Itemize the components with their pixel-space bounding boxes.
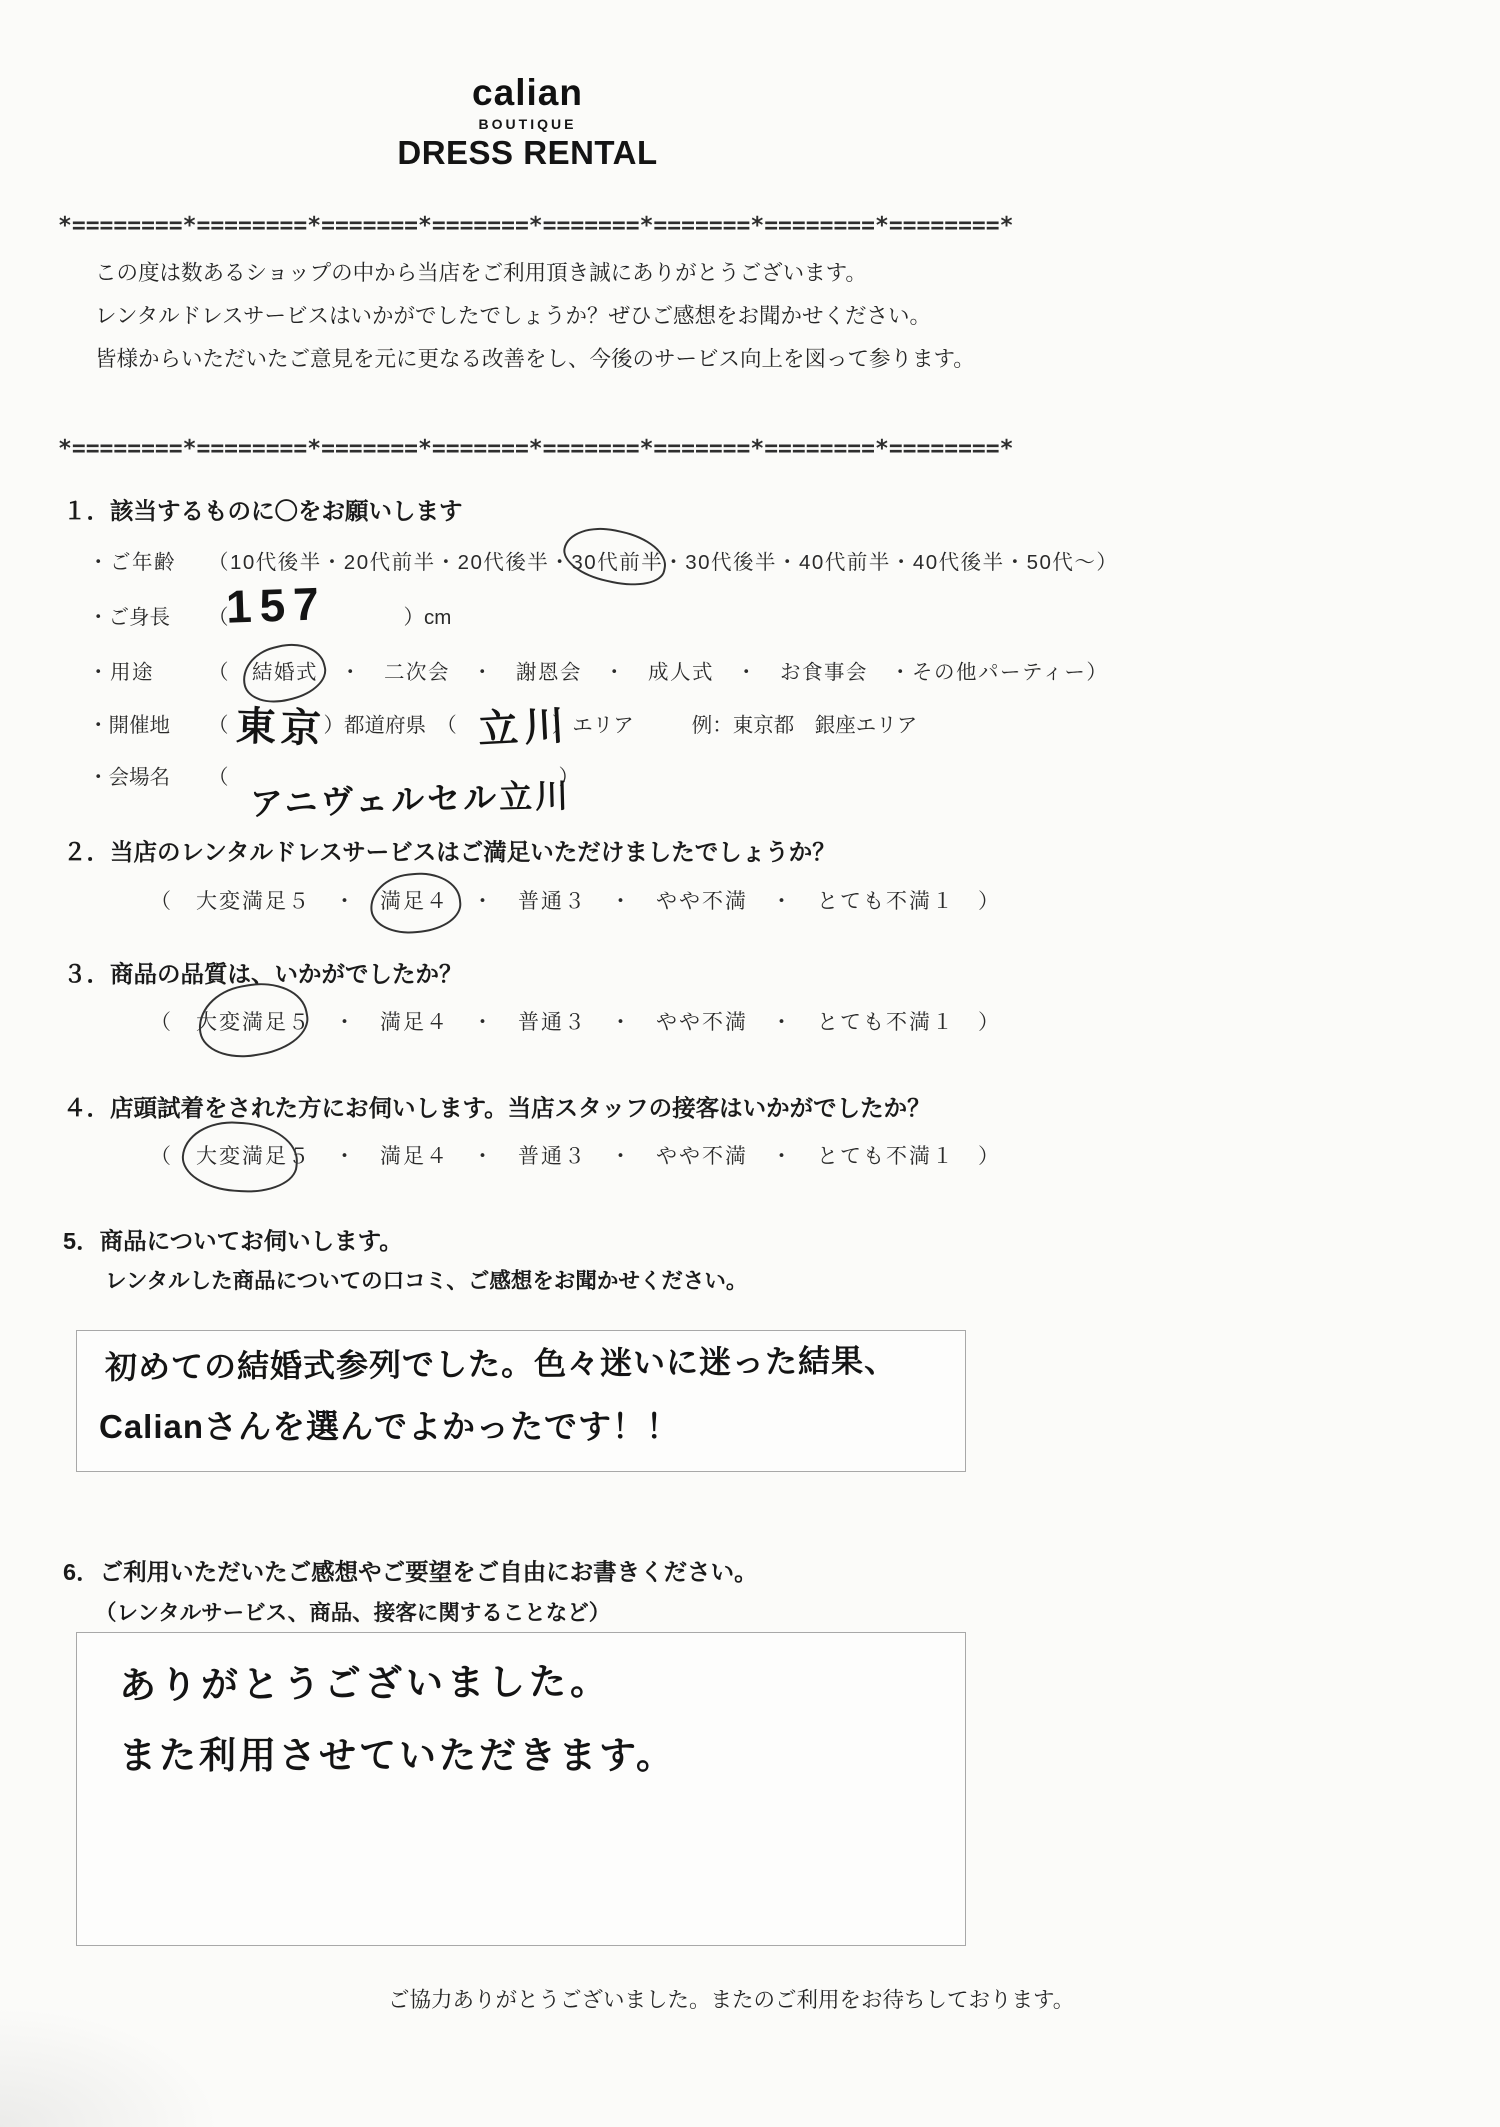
q1-place-paren-close-1: ）都道府県 — [324, 714, 427, 737]
handwritten-q6-comment-line-1: ありがとうございました。 — [119, 1651, 611, 1709]
q1-place-paren-open-1: （ — [208, 714, 229, 737]
q2-options-post: ・ 普通３ ・ やや不満 ・ とても不満１ ） — [449, 890, 1001, 913]
q2-title: ２．当店のレンタルドレスサービスはご満足いただけましたでしょうか？ — [63, 833, 836, 867]
q1-age-options-post: ・30代後半・40代前半・40代後半・50代～） — [663, 551, 1118, 574]
q3-circled-answer: 大変満足 — [196, 1006, 288, 1036]
q4-title: ４．店頭試着をされた方にお伺いします。当店スタッフの接客はいかがでしたか？ — [63, 1089, 931, 1123]
divider-top: *========*========*=======*=======*=====… — [58, 213, 1013, 239]
q1-usage-row: ・用途（ 結婚式 ・ 二次会 ・ 謝恩会 ・ 成人式 ・ お食事会 ・その他パー… — [88, 655, 1108, 685]
handwritten-q5-comment-line-2: Calianさんを選んでよかったです！！ — [99, 1401, 680, 1448]
q1-venue-label: ・会場名 — [88, 760, 208, 790]
q5-comment-box: 初めての結婚式参列でした。色々迷いに迷った結果、 Calianさんを選んでよかっ… — [76, 1330, 966, 1472]
q4-options-row: （ 大変満足５ ・ 満足４ ・ 普通３ ・ やや不満 ・ とても不満１ ） — [150, 1140, 1001, 1170]
q1-place-label: ・開催地 — [88, 708, 208, 738]
q3-options-row: （ 大変満足５ ・ 満足４ ・ 普通３ ・ やや不満 ・ とても不満１ ） — [150, 1006, 1001, 1036]
brand-boutique-label: BOUTIQUE — [0, 116, 1055, 132]
q1-venue-row: ・会場名（） アニヴェルセル立川 — [88, 760, 579, 790]
brand-header: calian BOUTIQUE DRESS RENTAL — [0, 72, 1055, 172]
q5-subtitle: レンタルした商品についての口コミ、ご感想をお聞かせください。 — [105, 1264, 747, 1295]
intro-line-2: レンタルドレスサービスはいかがでしたでしょうか？ぜひご感想をお聞かせください。 — [95, 295, 975, 338]
handwritten-q5-comment-line-1: 初めての結婚式参列でした。色々迷いに迷った結果、 — [105, 1336, 897, 1389]
q1-title: １．該当するものに〇をお願いします — [63, 492, 463, 526]
q1-usage-circled-text: 結婚式 — [252, 661, 318, 684]
q2-options-pre: （ 大変満足５ ・ — [150, 890, 380, 913]
q1-usage-options-post: ・ 二次会 ・ 謝恩会 ・ 成人式 ・ お食事会 ・その他パーティー） — [318, 661, 1108, 684]
footer-thanks: ご協力ありがとうございました。またのご利用をお待ちしております。 — [388, 1983, 1074, 2014]
q4-circled-text: 大変満足 — [196, 1145, 288, 1168]
q1-usage-label: ・用途 — [88, 655, 208, 685]
q3-circled-text: 大変満足 — [196, 1011, 288, 1034]
q6-title: 6．ご利用いただいたご感想やご要望をご自由にお書きください。 — [63, 1553, 758, 1587]
q3-options-post: ５ ・ 満足４ ・ 普通３ ・ やや不満 ・ とても不満１ ） — [288, 1011, 1001, 1034]
intro-line-1: この度は数あるショップの中から当店をご利用頂き誠にありがとうございます。 — [95, 252, 975, 295]
q6-comment-box: ありがとうございました。 また利用させていただきます。 — [76, 1632, 966, 1946]
q6-subtitle: （レンタルサービス、商品、接客に関することなど） — [95, 1596, 610, 1627]
q3-options-pre: （ — [150, 1011, 196, 1034]
handwritten-height-value: 157 — [225, 576, 328, 633]
brand-logo: calian — [0, 72, 1055, 115]
q1-height-unit: cm — [424, 606, 451, 629]
handwritten-venue-name: アニヴェルセル立川 — [249, 770, 571, 825]
q1-age-circled-answer: 30代前半 — [571, 545, 663, 575]
intro-paragraph: この度は数あるショップの中から当店をご利用頂き誠にありがとうございます。 レンタ… — [95, 252, 975, 381]
divider-bottom: *========*========*=======*=======*=====… — [58, 436, 1013, 462]
q2-options-row: （ 大変満足５ ・ 満足４ ・ 普通３ ・ やや不満 ・ とても不満１ ） — [150, 885, 1001, 915]
q1-age-row: ・ご年齢（10代後半・20代前半・20代後半・30代前半・30代後半・40代前半… — [88, 545, 1118, 575]
q1-usage-circled-answer: 結婚式 — [252, 655, 318, 685]
handwritten-area: 立川 — [477, 694, 572, 756]
q5-title: 5．商品についてお伺いします。 — [63, 1222, 403, 1256]
handwritten-q6-comment-line-2: また利用させていただきます。 — [119, 1725, 676, 1779]
q1-age-options-pre: （10代後半・20代前半・20代後半・ — [208, 551, 571, 574]
q1-height-label: ・ご身長 — [88, 600, 208, 630]
q1-age-label: ・ご年齢 — [88, 545, 208, 575]
survey-sheet: calian BOUTIQUE DRESS RENTAL *========*=… — [0, 0, 1500, 2127]
q2-circled-answer: 満足４ — [380, 885, 449, 915]
q1-venue-paren-open: （ — [208, 766, 229, 789]
handwritten-prefecture: 東京 — [235, 694, 327, 754]
q1-height-row: ・ご身長（）cm 157 — [88, 600, 451, 630]
q1-place-row: ・開催地（）都道府県 （）エリア例：東京都 銀座エリア 東京 立川 — [88, 708, 917, 738]
q1-age-circled-text: 30代前半 — [571, 551, 663, 574]
q4-circled-answer: 大変満足 — [196, 1140, 288, 1170]
q1-height-paren-close: ） — [404, 606, 425, 629]
q4-options-post: ５ ・ 満足４ ・ 普通３ ・ やや不満 ・ とても不満１ ） — [288, 1145, 1001, 1168]
intro-line-3: 皆様からいただいたご意見を元に更なる改善をし、今後のサービス向上を図って参ります… — [95, 338, 975, 381]
q1-place-paren-open-2: （ — [447, 714, 457, 737]
page-title: DRESS RENTAL — [0, 134, 1055, 172]
q2-circled-text: 満足４ — [380, 890, 449, 913]
q1-place-example: 例：東京都 銀座エリア — [692, 714, 918, 737]
